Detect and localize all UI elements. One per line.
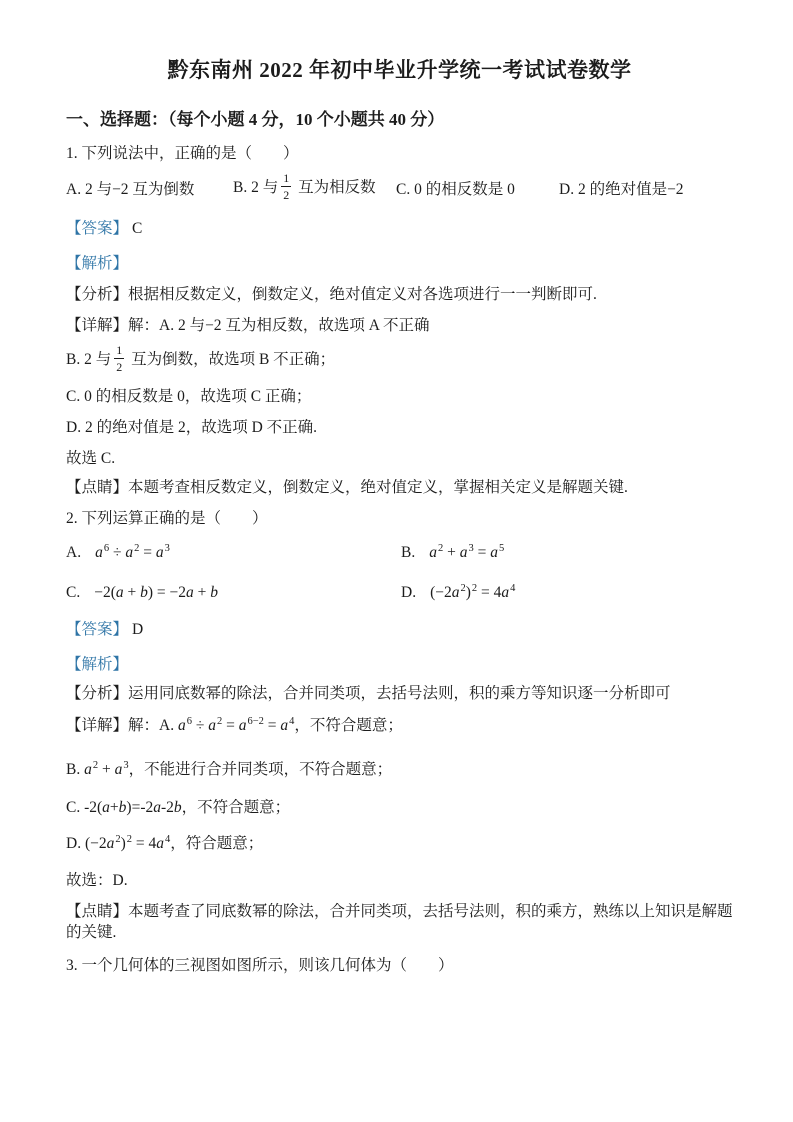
question-1-option-d: D. 2 的绝对值是−2 — [559, 177, 733, 199]
question-1-options: A. 2 与−2 互为倒数 B. 2 与12 互为相反数 C. 0 的相反数是 … — [66, 168, 733, 208]
answer-label: 【答案】 — [66, 621, 128, 638]
question-1-detail-a: 【详解】解：A. 2 与−2 互为相反数，故选项 A 不正确 — [66, 315, 733, 336]
document-page: 黔东南州 2022 年初中毕业升学统一考试试卷数学 一、选择题：（每个小题 4 … — [0, 0, 793, 1122]
question-1-answer-value: C — [132, 220, 142, 237]
question-2-option-d-formula: (−2a2)2 = 4a4 — [430, 579, 515, 607]
question-2-option-c: C. −2(a + b) = −2a + b — [66, 579, 401, 607]
question-2-detail-b: B. a2 + a3，不能进行合并同类项，不符合题意； — [66, 756, 733, 784]
question-2-option-b-label: B. — [401, 539, 415, 567]
question-2-option-b-formula: a2 + a3 = a5 — [429, 539, 504, 567]
question-2-option-a-formula: a6 ÷ a2 = a3 — [95, 539, 170, 567]
question-2-conclusion: 故选：D. — [66, 870, 733, 891]
question-1-stem: 1. 下列说法中，正确的是（ ） — [66, 143, 733, 164]
question-2-analysis-header: 【解析】 — [66, 654, 733, 675]
question-2-stem: 2. 下列运算正确的是（ ） — [66, 508, 733, 529]
question-1-option-c: C. 0 的相反数是 0 — [396, 177, 559, 199]
question-2-detail-c: C. -2(a+b)=-2a-2b，不符合题意； — [66, 794, 733, 822]
question-2-option-a: A. a6 ÷ a2 = a3 — [66, 539, 401, 567]
section-heading: 一、选择题：（每个小题 4 分，10 个小题共 40 分） — [66, 108, 733, 131]
answer-label: 【答案】 — [66, 220, 128, 237]
question-3-stem: 3. 一个几何体的三视图如图所示，则该几何体为（ ） — [66, 955, 733, 976]
question-2-option-b: B. a2 + a3 = a5 — [401, 539, 733, 567]
question-2-note: 【点睛】本题考查了同底数幂的除法，合并同类项，去括号法则，积的乘方，熟练以上知识… — [66, 901, 733, 943]
question-1-answer-line: 【答案】C — [66, 218, 733, 239]
question-2-answer-value: D — [132, 621, 143, 638]
question-1-detail-b: B. 2 与12 互为倒数，故选项 B 不正确； — [66, 340, 733, 380]
question-1-detail-d: D. 2 的绝对值是 2，故选项 D 不正确. — [66, 417, 733, 438]
question-1-analysis-header: 【解析】 — [66, 253, 733, 274]
question-1-option-b: B. 2 与12 互为相反数 — [233, 174, 396, 203]
question-2-option-d-label: D. — [401, 579, 416, 607]
question-2-options: A. a6 ÷ a2 = a3 B. a2 + a3 = a5 C. −2(a … — [66, 539, 733, 607]
question-2-detail-d: D. (−2a2)2 = 4a4，符合题意； — [66, 830, 733, 858]
analysis-header-label: 【解析】 — [66, 255, 128, 272]
question-2-option-c-label: C. — [66, 579, 80, 607]
question-1-conclusion: 故选 C. — [66, 448, 733, 469]
analysis-header-label: 【解析】 — [66, 656, 128, 673]
question-2-option-a-label: A. — [66, 539, 81, 567]
question-2-analysis: 【分析】运用同底数幂的除法，合并同类项，去括号法则，积的乘方等知识逐一分析即可 — [66, 683, 733, 704]
question-1-analysis: 【分析】根据相反数定义，倒数定义，绝对值定义对各选项进行一一判断即可. — [66, 284, 733, 305]
question-2-option-c-formula: −2(a + b) = −2a + b — [94, 579, 218, 607]
question-1-option-a: A. 2 与−2 互为倒数 — [66, 177, 233, 199]
question-2-answer-line: 【答案】D — [66, 619, 733, 640]
question-2-detail-a: 【详解】解：A. a6 ÷ a2 = a6−2 = a4，不符合题意； — [66, 712, 733, 740]
question-2-option-d: D. (−2a2)2 = 4a4 — [401, 579, 733, 607]
question-1-detail-c: C. 0 的相反数是 0，故选项 C 正确； — [66, 386, 733, 407]
question-1-note: 【点睛】本题考查相反数定义，倒数定义，绝对值定义，掌握相关定义是解题关键. — [66, 477, 733, 498]
document-title: 黔东南州 2022 年初中毕业升学统一考试试卷数学 — [66, 56, 733, 84]
